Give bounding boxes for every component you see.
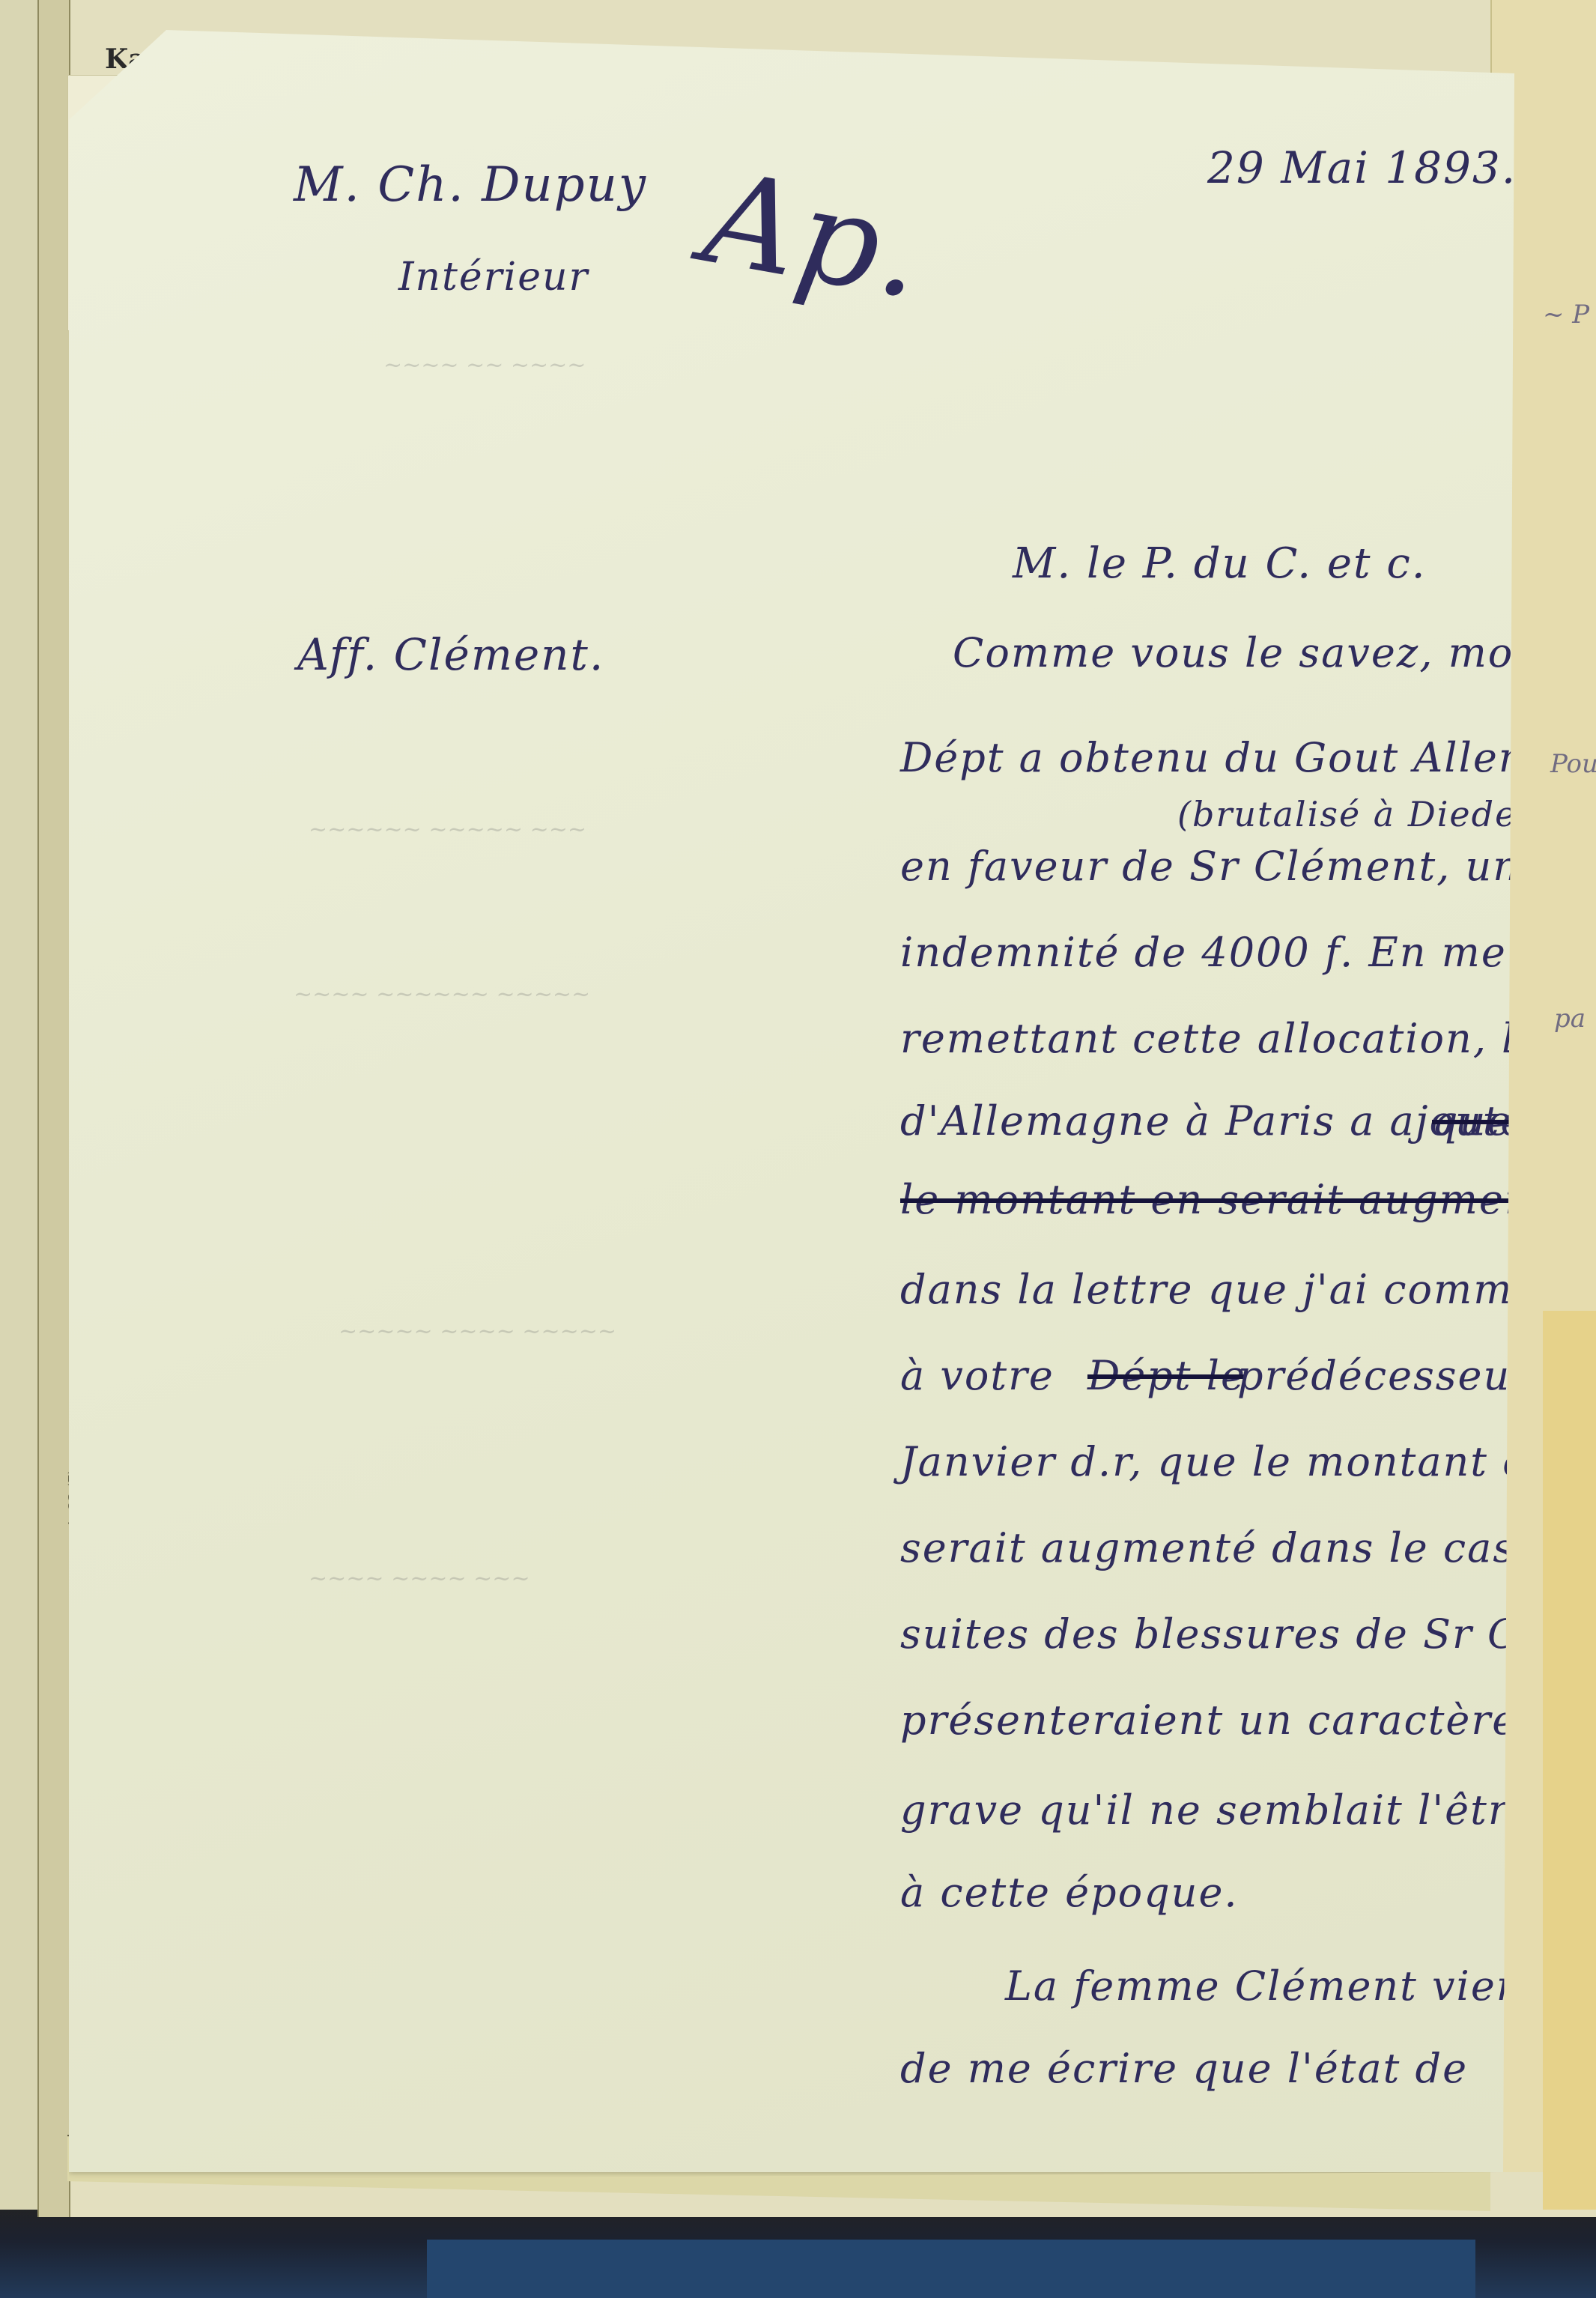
struck-word: que bbox=[1432, 1097, 1512, 1145]
paraphe-signature: Ap. bbox=[696, 154, 933, 318]
salutation: M. le P. du C. et c. bbox=[1013, 539, 1427, 588]
subject-line: Aff. Clément. bbox=[297, 629, 604, 680]
show-through-text: ~~~~ ~~~~ ~~~ bbox=[309, 1565, 530, 1592]
body-line: Dépt a obtenu du Gout Allemand, bbox=[900, 734, 1596, 781]
body-line: grave qu'il ne semblait l'être bbox=[900, 1786, 1535, 1834]
letter-date: 29 Mai 1893. bbox=[1207, 142, 1517, 193]
underlying-handwriting: Pouy bbox=[1550, 749, 1596, 779]
struck-word: Dépt le bbox=[1087, 1352, 1246, 1399]
struck-line: le montant en serait augmenté bbox=[900, 1176, 1575, 1223]
show-through-text: ~~~~~ ~~~~ ~~~~~ bbox=[339, 1318, 616, 1344]
body-line: à cette époque. bbox=[900, 1869, 1239, 1916]
body-line: à votre bbox=[900, 1352, 1055, 1399]
letter-sheet: ~~~~ ~~ ~~~~ ~~~~~~ ~~~~~ ~~~ ~~~~ ~~~~~… bbox=[69, 30, 1514, 2172]
body-line: en faveur de Sr Clément, une bbox=[900, 843, 1546, 890]
body-line: dans la lettre que j'ai communiquée bbox=[900, 1266, 1596, 1313]
body-line: indemnité de 4000 f. En me bbox=[900, 929, 1507, 976]
body-line: Janvier d.r, que le montant en bbox=[900, 1438, 1556, 1485]
body-line: serait augmenté dans le cas où les bbox=[900, 1524, 1596, 1571]
body-line: La femme Clément vient bbox=[1005, 1962, 1541, 2010]
addressee: M. Ch. Dupuy bbox=[294, 157, 647, 213]
blue-cloth bbox=[427, 2240, 1475, 2298]
show-through-text: ~~~~ ~~ ~~~~ bbox=[383, 352, 586, 378]
body-line: présenteraient un caractère plus bbox=[900, 1697, 1596, 1744]
yellow-paper-edge bbox=[1543, 1311, 1596, 2210]
body-line: suites des blessures de Sr Clément bbox=[900, 1610, 1596, 1658]
underlying-handwriting: ~ P bbox=[1543, 300, 1589, 330]
show-through-text: ~~~~ ~~~~~~ ~~~~~ bbox=[294, 981, 590, 1007]
underlying-handwriting: pa bbox=[1554, 1004, 1586, 1034]
binder-spine bbox=[37, 0, 70, 2217]
department: Intérieur bbox=[398, 255, 589, 300]
body-line: Comme vous le savez, mon bbox=[953, 629, 1541, 676]
show-through-text: ~~~~~~ ~~~~~ ~~~ bbox=[309, 816, 586, 843]
body-line: remettant cette allocation, l'Ambassadeu… bbox=[900, 1015, 1596, 1062]
body-line: de me écrire que l'état de bbox=[900, 2045, 1468, 2092]
